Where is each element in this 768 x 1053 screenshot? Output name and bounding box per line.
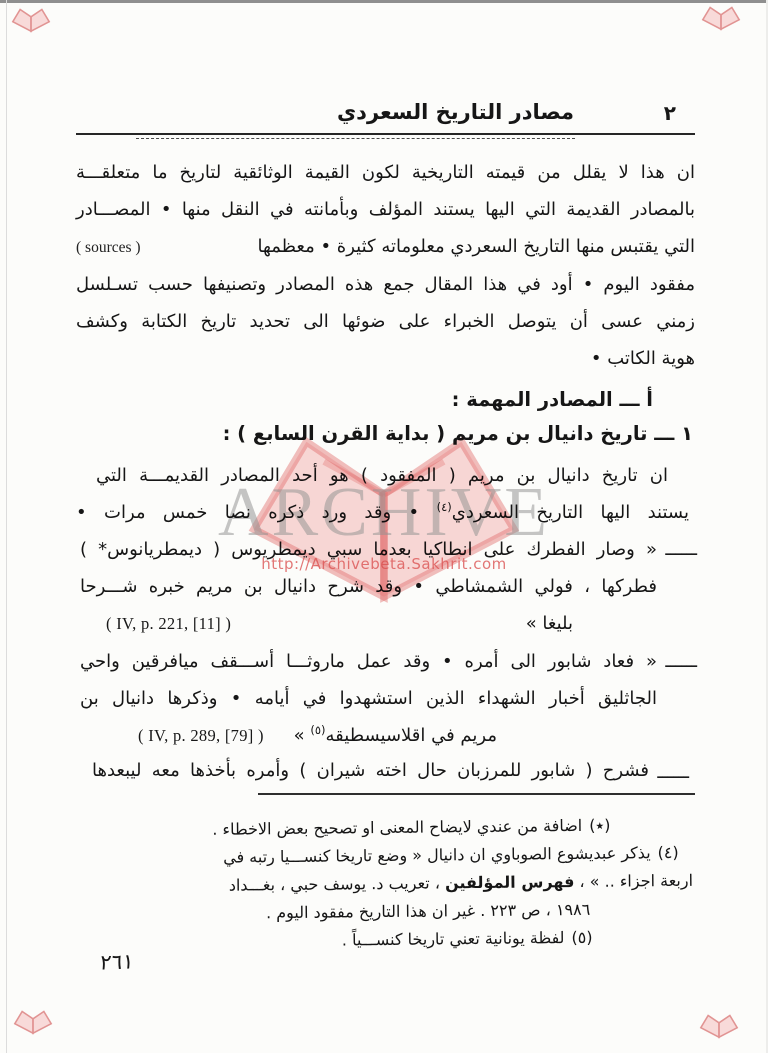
sources-gloss: ( sources ) (76, 229, 141, 266)
paragraph-line: ان تاريخ دانيال بن مريم ( المفقود ) هو أ… (96, 457, 668, 494)
page-content: مصادر التاريخ السعردي ان هذا لا يقلل من … (76, 0, 695, 954)
paragraph-line: مفقود اليوم • أود في هذا المقال جمع هذه … (76, 266, 695, 303)
paragraph-text: • وقد ورد ذكره نصا خمس مرات • (76, 502, 437, 523)
archive-stamp-icon-bottom-right (698, 1013, 740, 1039)
quote-line: « وصار الفطرك على انطاكيا بعدما سبي ديمط… (80, 531, 657, 568)
quote-line: الجاثليق أخبار الشهداء الذين استشهدوا في… (80, 680, 657, 717)
paragraph-line: بالمصادر القديمة التي اليها يستند المؤلف… (76, 191, 695, 228)
paragraph-line: ان هذا لا يقلل من قيمته التاريخية لكون ا… (76, 154, 695, 191)
citation: ( IV, p. 221, [11] ) (106, 605, 231, 642)
paragraph-line: زمني عسى أن يتوصل الخبراء على ضوئها الى … (76, 303, 695, 340)
footnote-rule (258, 793, 695, 795)
quote-line: فطركها ، فولي الشمشاطي • وقد شرح دانيال … (80, 568, 657, 605)
footnote-text: اربعة اجزاء .. » ، (574, 871, 693, 891)
footnote-ref-4: (٤) (437, 500, 452, 514)
scanned-page: ٢ مصادر التاريخ السعردي ان هذا لا يقلل م… (0, 0, 768, 1053)
quote-text: مريم في اقلاسيسطيقه (326, 725, 497, 746)
quote-block-2: ــــــ « فعاد شابور الى أمره • وقد عمل م… (80, 643, 657, 754)
page-title: مصادر التاريخ السعردي (146, 97, 765, 127)
paragraph-line-with-gloss: التي يقتبس منها التاريخ السعردي معلوماته… (76, 228, 695, 266)
quote-line: مريم في اقلاسيسطيقه(٥) » (294, 717, 497, 754)
quote-text: » (294, 725, 311, 746)
quote-line-with-citation: مريم في اقلاسيسطيقه(٥) » ( IV, p. 289, [… (80, 717, 657, 754)
paragraph-1: ان هذا لا يقلل من قيمته التاريخية لكون ا… (76, 154, 695, 377)
citation: ( IV, p. 289, [79] ) (138, 717, 264, 754)
header-rule-dashed (136, 138, 575, 139)
quote-line: بليغا » (526, 605, 573, 642)
footnote-5: (٥)لفظة يونانية تعني تاريخا كنســـياً . (76, 924, 592, 957)
paragraph-2: ان تاريخ دانيال بن مريم ( المفقود ) هو أ… (76, 457, 695, 531)
footnote-marker: (٥) (564, 928, 592, 947)
quote-line: فشرح ( شابور للمرزبان حال اخته شيران ) و… (92, 754, 649, 788)
quote-dash: ــــــ (657, 754, 689, 791)
footnote-text: ، تعريب د. يوسف حبي ، بغـــداد (229, 873, 445, 894)
quote-line: « فعاد شابور الى أمره • وقد عمل ماروثـــ… (80, 643, 657, 680)
section-heading-1: ١ ـــ تاريخ دانيال بن مريم ( بداية القرن… (76, 419, 693, 449)
footnote-text: لفظة يونانية تعني تاريخا كنســـياً . (342, 928, 565, 949)
scan-edge-left (6, 0, 7, 1053)
paragraph-line: يستند اليها التاريخ السعردي(٤) • وقد ورد… (76, 494, 689, 531)
quote-block-1: ــــــ « وصار الفطرك على انطاكيا بعدما س… (80, 531, 657, 642)
bottom-page-number: ٢٦١ (99, 949, 136, 974)
paragraph-line: هوية الكاتب • (76, 340, 695, 377)
footnote-text: اضافة من عندي لايضاح المعنى او تصحيح بعض… (212, 816, 582, 839)
header-rule (76, 133, 695, 135)
footnote-marker: (٭) (582, 816, 610, 835)
footnote-4-line: اربعة اجزاء .. » ، فهرس المؤلفين ، تعريب… (76, 867, 693, 901)
footnote-ref-5: (٥) (310, 723, 325, 737)
book-title: فهرس المؤلفين (445, 872, 575, 892)
quote-dash: ــــــ (665, 531, 697, 568)
quote-dash: ــــــ (665, 643, 697, 680)
archive-stamp-icon-top-right (700, 5, 742, 31)
section-heading-a: أ ـــ المصادر المهمة : (76, 385, 653, 415)
footnotes: (٭)اضافة من عندي لايضاح المعنى او تصحيح … (75, 811, 695, 957)
paragraph-text: يستند اليها التاريخ السعردي (452, 502, 689, 523)
footnote-text: يذكر عبديشوع الصوباوي ان دانيال « وضع تا… (223, 843, 651, 866)
paragraph-line: التي يقتبس منها التاريخ السعردي معلوماته… (257, 228, 695, 265)
quote-line-with-citation: بليغا » ( IV, p. 221, [11] ) (80, 605, 657, 642)
archive-stamp-icon-bottom-left (12, 1009, 54, 1035)
quote-block-3: ــــــ فشرح ( شابور للمرزبان حال اخته شي… (92, 754, 649, 788)
archive-stamp-icon-top-left (10, 7, 52, 33)
footnote-marker: (٤) (650, 843, 678, 862)
